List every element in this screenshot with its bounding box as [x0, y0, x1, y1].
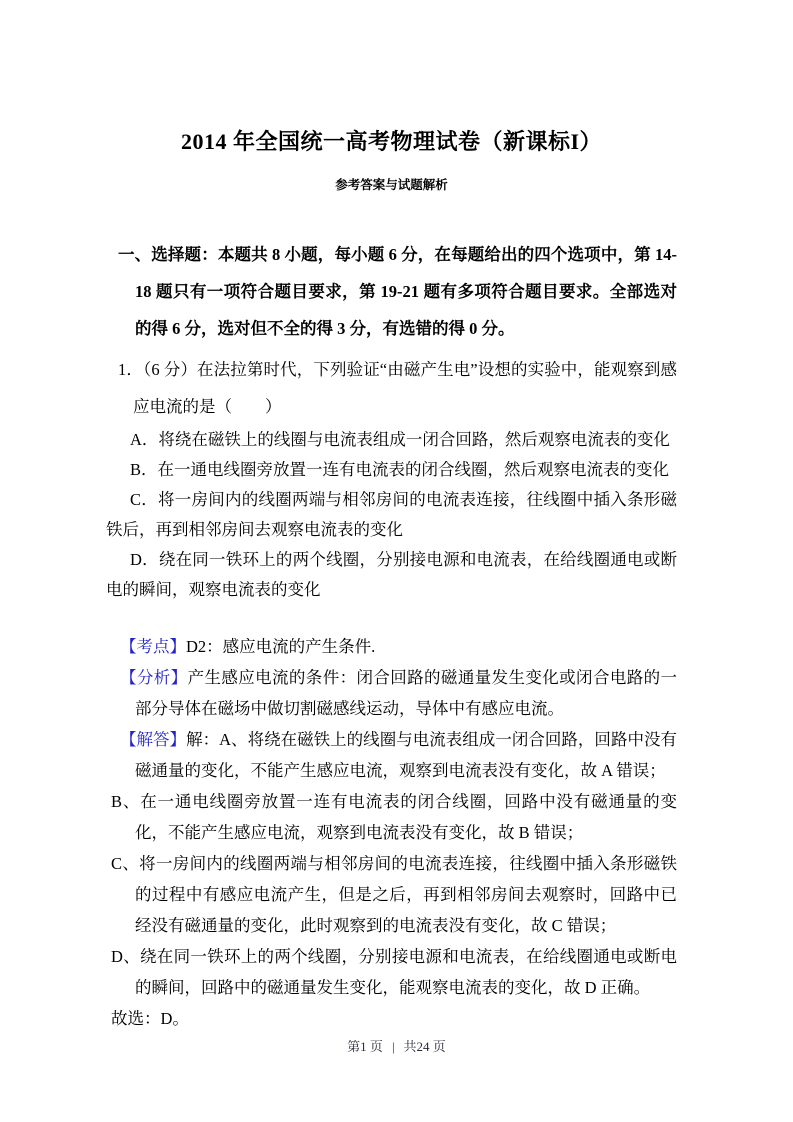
- kaodian-paragraph: 【考点】D2：感应电流的产生条件.: [106, 631, 677, 662]
- footer-current-page: 第1 页: [347, 1039, 383, 1054]
- jieda-paragraph-a: 【解答】解：A、将绕在磁铁上的线圈与电流表组成一闭合回路，回路中没有磁通量的变化…: [106, 724, 677, 786]
- fenxi-text: 产生感应电流的条件：闭合回路的磁通量发生变化或闭合电路的一部分导体在磁场中做切割…: [135, 668, 677, 718]
- question-option-a: A．将绕在磁铁上的线圈与电流表组成一闭合回路，然后观察电流表的变化: [106, 425, 677, 455]
- answer-conclusion: 故选：D。: [106, 1003, 677, 1034]
- footer-separator: |: [392, 1039, 395, 1055]
- question-option-c: C．将一房间内的线圈两端与相邻房间的电流表连接，往线圈中插入条形磁铁后，再到相邻…: [106, 485, 677, 545]
- kaodian-label: 【考点】: [120, 637, 186, 656]
- explanation-block: 【考点】D2：感应电流的产生条件. 【分析】产生感应电流的条件：闭合回路的磁通量…: [106, 631, 677, 1034]
- footer-total-pages: 共24 页: [404, 1039, 446, 1054]
- jieda-paragraph-c: C、将一房间内的线圈两端与相邻房间的电流表连接，往线圈中插入条形磁铁的过程中有感…: [106, 848, 677, 941]
- page-title: 2014 年全国统一高考物理试卷（新课标I）: [106, 129, 677, 155]
- document-page: 2014 年全国统一高考物理试卷（新课标I） 参考答案与试题解析 一、选择题：本…: [0, 0, 793, 1122]
- jieda-label: 【解答】: [120, 730, 186, 749]
- kaodian-text: D2：感应电流的产生条件.: [186, 637, 375, 656]
- jieda-paragraph-d: D、绕在同一铁环上的两个线圈，分别接电源和电流表，在给线圈通电或断电的瞬间，回路…: [106, 941, 677, 1003]
- question-option-b: B．在一通电线圈旁放置一连有电流表的闭合线圈，然后观察电流表的变化: [106, 455, 677, 485]
- document-content: 2014 年全国统一高考物理试卷（新课标I） 参考答案与试题解析 一、选择题：本…: [106, 0, 677, 1034]
- question-stem: 1．（6 分）在法拉第时代，下列验证“由磁产生电”设想的实验中，能观察到感应电流…: [106, 351, 677, 425]
- question-option-d: D．绕在同一铁环上的两个线圈，分别接电源和电流表，在给线圈通电或断电的瞬间，观察…: [106, 545, 677, 605]
- fenxi-paragraph: 【分析】产生感应电流的条件：闭合回路的磁通量发生变化或闭合电路的一部分导体在磁场…: [106, 662, 677, 724]
- page-footer: 第1 页|共24 页: [0, 1036, 793, 1055]
- section-heading: 一、选择题：本题共 8 小题，每小题 6 分，在每题给出的四个选项中，第 14-…: [106, 236, 677, 347]
- fenxi-label: 【分析】: [120, 668, 188, 687]
- jieda-paragraph-b: B、在一通电线圈旁放置一连有电流表的闭合线圈，回路中没有磁通量的变化，不能产生感…: [106, 786, 677, 848]
- page-subtitle: 参考答案与试题解析: [106, 175, 677, 193]
- jieda-step-a: 解：A、将绕在磁铁上的线圈与电流表组成一闭合回路，回路中没有磁通量的变化，不能产…: [135, 730, 677, 780]
